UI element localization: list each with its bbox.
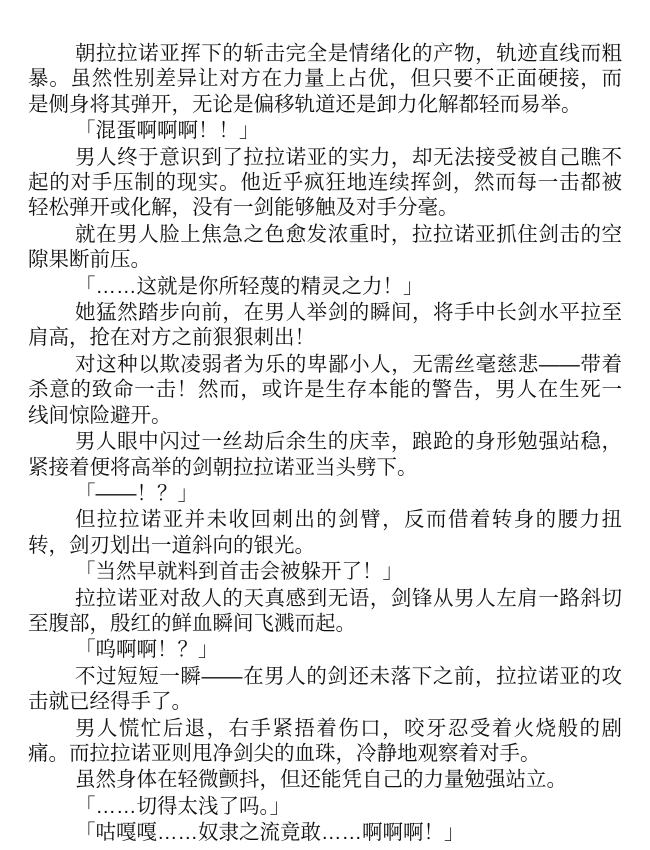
paragraph: 拉拉诺亚对敌人的天真感到无语，剑锋从男人左肩一路斜切至腹部，殷红的鲜血瞬间飞溅而… (28, 586, 622, 637)
dialogue-line: 「——！？」 (28, 481, 622, 506)
dialogue-line: 「……切得太浅了吗。」 (28, 794, 622, 819)
paragraph: 男人慌忙后退，右手紧捂着伤口，咬牙忍受着火烧般的剧痛。而拉拉诺亚则甩净剑尖的血珠… (28, 716, 622, 767)
dialogue-line: 「呜啊啊！？」 (28, 637, 622, 662)
paragraph: 但拉拉诺亚并未收回刺出的剑臂，反而借着转身的腰力扭转，剑刃划出一道斜向的银光。 (28, 507, 622, 558)
paragraph: 男人终于意识到了拉拉诺亚的实力，却无法接受被自己瞧不起的对手压制的现实。他近乎疯… (28, 145, 622, 221)
dialogue-line: 「咕嘎嘎……奴隶之流竟敢……啊啊啊！」 (28, 820, 622, 845)
paragraph: 男人眼中闪过一丝劫后余生的庆幸，踉跄的身形勉强站稳，紧接着便将高举的剑朝拉拉诺亚… (28, 429, 622, 480)
dialogue-line: 「当然早就料到首击会被躲开了！」 (28, 559, 622, 584)
paragraph: 就在男人脸上焦急之色愈发浓重时，拉拉诺亚抓住剑击的空隙果断前压。 (28, 222, 622, 273)
reader-page: 朝拉拉诺亚挥下的斩击完全是情绪化的产物，轨迹直线而粗暴。虽然性别差异让对方在力量… (0, 0, 650, 850)
dialogue-line: 「……这就是你所轻蔑的精灵之力！」 (28, 274, 622, 299)
paragraph: 不过短短一瞬——在男人的剑还未落下之前，拉拉诺亚的攻击就已经得手了。 (28, 664, 622, 715)
paragraph: 朝拉拉诺亚挥下的斩击完全是情绪化的产物，轨迹直线而粗暴。虽然性别差异让对方在力量… (28, 41, 622, 117)
dialogue-line: 「混蛋啊啊啊！！」 (28, 118, 622, 143)
paragraph: 虽然身体在轻微颤抖，但还能凭自己的力量勉强站立。 (28, 767, 622, 792)
paragraph: 她猛然踏步向前，在男人举剑的瞬间，将手中长剑水平拉至肩高，抢在对方之前狠狠刺出！ (28, 300, 622, 351)
paragraph: 对这种以欺凌弱者为乐的卑鄙小人，无需丝毫慈悲——带着杀意的致命一击！然而，或许是… (28, 352, 622, 428)
